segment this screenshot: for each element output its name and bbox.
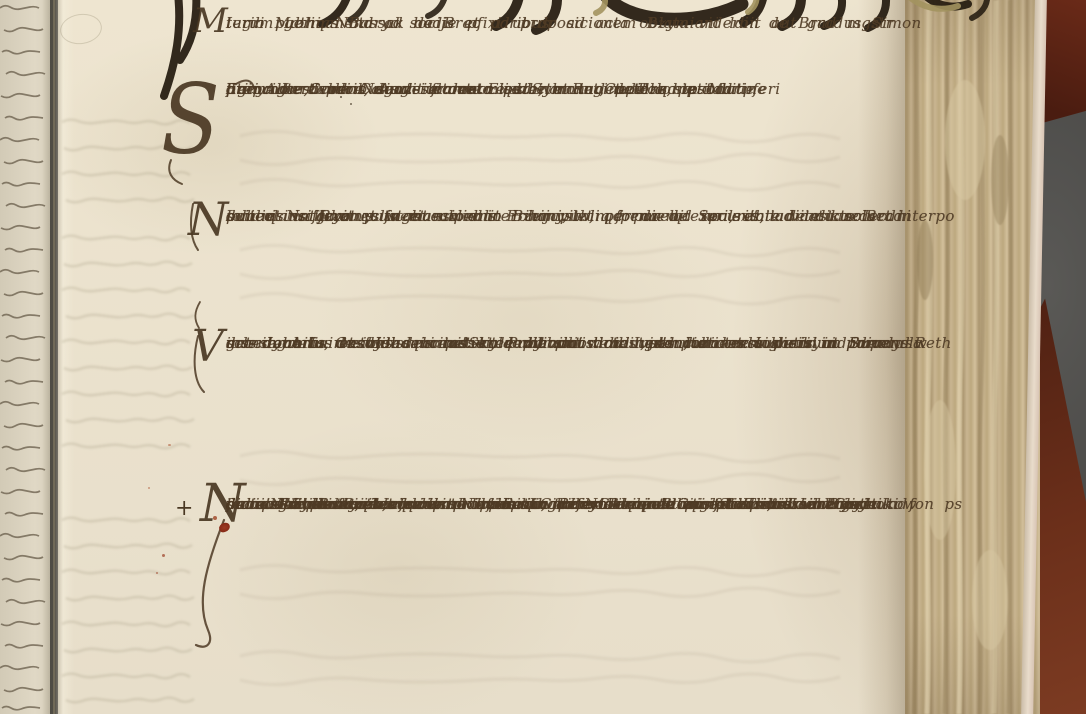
flourished-initial: V [192,325,224,369]
manuscript-text-line: suit et wallavit puta et super [226,204,480,229]
gutter-fold-shadow [42,0,74,714]
manuscript-text-line: prima Iure paribus ut in acte [226,79,481,100]
red-speck [148,487,150,489]
flourished-initial: M [193,4,228,38]
manuscript-text-line: i dicto Stanislaw deduci in domo suo per [226,493,584,517]
page-edge-line [53,0,55,714]
flourished-initial: N [188,196,228,242]
manuscript-photo: M S N V N + gri Mathias Bassak de Brac a… [0,0,1086,714]
page-curvature-shadow [858,0,905,714]
red-speck [156,572,158,574]
red-speck [168,444,171,446]
flourished-initial: S [161,72,220,168]
marginal-cross-mark: + [175,496,193,521]
red-speck [162,554,165,557]
manuscript-text-line: gra decretu, et dns decrevit et dedit si… [226,330,880,357]
manuscript-text-line: Iurib publiq Notaryo socijs et paribus [226,12,550,35]
fore-edge-shadow [903,0,919,714]
book-fore-edge [903,0,1040,714]
ink-speck [350,103,352,105]
